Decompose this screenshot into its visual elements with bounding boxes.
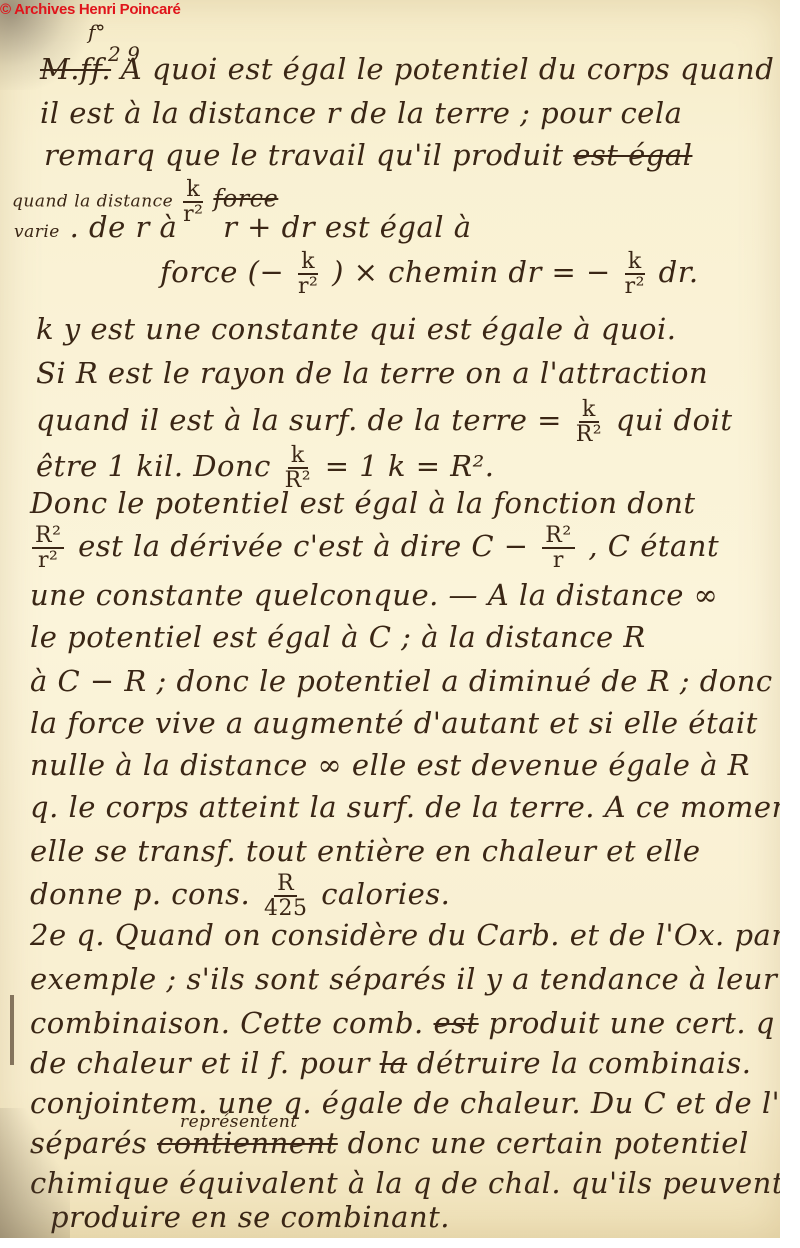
manuscript-line-16: la force vive a augmenté d'autant et si … [30,706,758,740]
line-text-cont: = 1 k = R². [325,449,495,483]
page-mark-top: f° [88,20,105,44]
manuscript-line-23: combinaison. Cette comb. est produit une… [30,1006,775,1040]
manuscript-line-20: donne p. cons. R425 calories. [30,872,450,920]
line-text: une constante quelconque. — A la distanc… [30,578,718,612]
manuscript-line-2: il est à la distance r de la terre ; pou… [40,96,682,130]
copyright-watermark: © Archives Henri Poincaré [0,1,181,18]
manuscript-line-17: nulle à la distance ∞ elle est devenue é… [30,748,750,782]
line-text-cont: détruire la combinais. [417,1046,752,1080]
inserted-word: force [213,185,278,213]
manuscript-line-9: quand il est à la surf. de la terre = kR… [36,398,733,446]
equation-work: force (− kr² ) × chemin dr = − kr² dr. [160,250,699,298]
manuscript-line-5: varie . de r à r + dr est égal à [14,210,472,244]
fraction: kr² [298,250,318,298]
line-text: conjointem. une q. égale de chaleur. Du … [30,1086,800,1120]
line-text-cont: r + dr est égal à [223,210,471,244]
line-text: produire en se combinant. [50,1200,450,1234]
line-text: Si R est le rayon de la terre on a l'att… [36,356,708,390]
line-text: à C − R ; donc le potentiel a diminué de… [30,664,773,698]
manuscript-line-19: elle se transf. tout entière en chaleur … [30,834,701,868]
manuscript-page: © Archives Henri Poincaré f° 2 9 M.ff. A… [0,0,780,1238]
line-text: 2e q. Quand on considère du Carb. et de … [30,918,786,952]
manuscript-line-7: k y est une constante qui est égale à qu… [36,312,676,346]
line-text: . de r à [70,210,178,244]
struck-text: la [380,1046,408,1080]
fraction: R²r² [32,524,64,572]
line-text: A quoi est égal le potentiel du corps qu… [121,52,775,86]
manuscript-line-18: q. le corps atteint la surf. de la terre… [30,790,800,824]
manuscript-line-1: M.ff. A quoi est égal le potentiel du co… [40,52,774,86]
margin-note: quand la distance [12,192,173,212]
line-text: de chaleur et il f. pour [30,1046,370,1080]
line-text: être 1 kil. Donc [36,449,271,483]
line-text: nulle à la distance ∞ elle est devenue é… [30,748,750,782]
manuscript-line-12: R²r² est la dérivée c'est à dire C − R²r… [28,524,719,572]
manuscript-line-11: Donc le potentiel est égal à la fonction… [30,486,696,520]
struck-text: est égal [573,138,692,172]
line-text-cont: donc une certain potentiel [348,1126,749,1160]
line-text: séparés [30,1126,147,1160]
manuscript-line-13: une constante quelconque. — A la distanc… [30,578,718,612]
fraction: kR² [576,398,602,446]
equation-part: ) × chemin dr = − [332,255,611,289]
equation-part: dr. [659,255,699,289]
line-text: donne p. cons. [30,877,250,911]
struck-text: est [433,1006,478,1040]
struck-text: contiennent [157,1126,338,1160]
line-text: exemple ; s'ils sont séparés il y a tend… [30,962,777,996]
line-text-cont: , C étant [588,529,719,563]
line-text-cont: qui doit [616,403,733,437]
manuscript-line-10: être 1 kil. Donc kR² = 1 k = R². [36,444,494,492]
manuscript-line-27: chimique équivalent à la q de chal. qu'i… [30,1166,784,1200]
manuscript-line-26: séparés contiennent donc une certain pot… [30,1126,749,1160]
fraction: R²r [542,524,574,572]
line-text: quand il est à la surf. de la terre = [36,403,562,437]
manuscript-line-3: remarq que le travail qu'il produit est … [44,138,692,172]
equation-part: force (− [160,255,284,289]
scan-border-right [780,0,800,1248]
manuscript-line-8: Si R est le rayon de la terre on a l'att… [36,356,708,390]
line-text-cont: produit une cert. q [488,1006,774,1040]
manuscript-line-21: 2e q. Quand on considère du Carb. et de … [30,918,786,952]
line-text: Donc le potentiel est égal à la fonction… [30,486,696,520]
line-text: k y est une constante qui est égale à qu… [36,312,676,346]
line-text: elle se transf. tout entière en chaleur … [30,834,701,868]
line-text: remarq que le travail qu'il produit [44,138,564,172]
line-text: est la dérivée c'est à dire C − [78,529,528,563]
line-text: q. le corps atteint la surf. de la terre… [30,790,800,824]
binding-mark [10,995,14,1065]
manuscript-line-22: exemple ; s'ils sont séparés il y a tend… [30,962,777,996]
scan-border-bottom [0,1238,800,1248]
struck-text: M.ff. [40,52,111,86]
line-text-cont: calories. [321,877,450,911]
line-text: il est à la distance r de la terre ; pou… [40,96,682,130]
manuscript-line-14: le potentiel est égal à C ; à la distanc… [30,620,646,654]
manuscript-line-15: à C − R ; donc le potentiel a diminué de… [30,664,773,698]
margin-note: varie [14,222,60,242]
line-text: le potentiel est égal à C ; à la distanc… [30,620,646,654]
line-text: combinaison. Cette comb. [30,1006,424,1040]
fraction: kR² [285,444,311,492]
fraction: R425 [264,872,308,920]
manuscript-line-25: conjointem. une q. égale de chaleur. Du … [30,1086,800,1120]
manuscript-line-28: produire en se combinant. [50,1200,450,1234]
fraction: kr² [625,250,645,298]
line-text: la force vive a augmenté d'autant et si … [30,706,758,740]
manuscript-line-24: de chaleur et il f. pour la détruire la … [30,1046,751,1080]
line-text: chimique équivalent à la q de chal. qu'i… [30,1166,784,1200]
